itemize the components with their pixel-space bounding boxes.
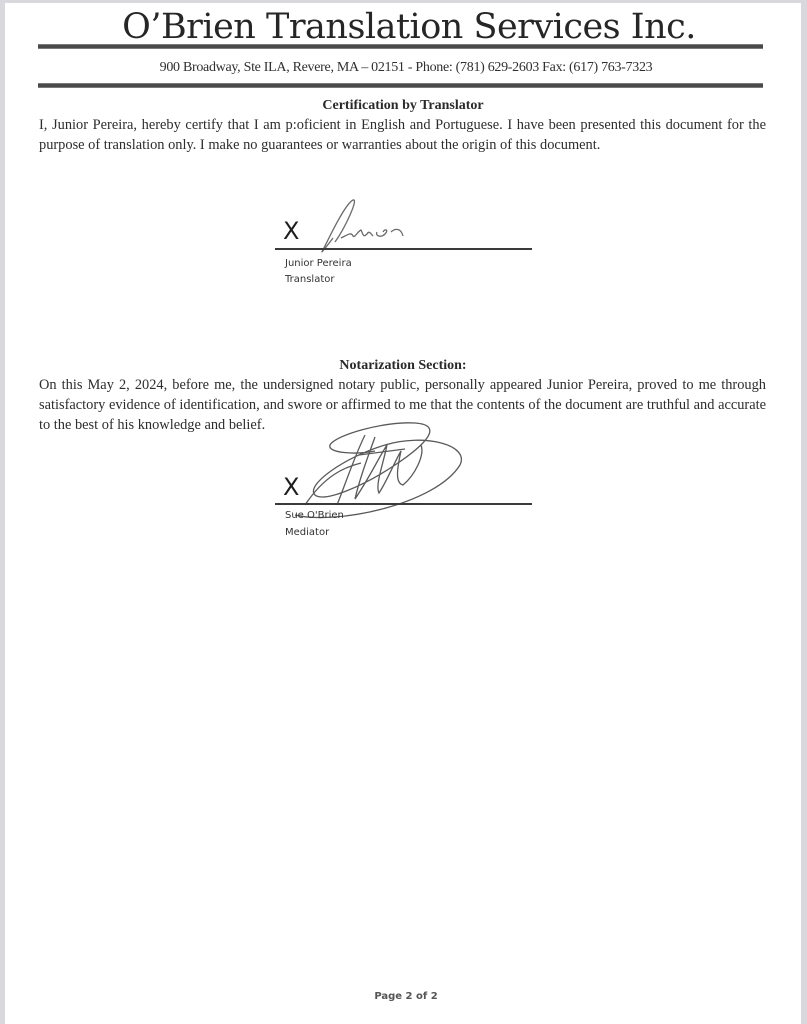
letterhead-rule-top — [38, 44, 763, 49]
translator-title: Translator — [285, 274, 334, 285]
certification-text: I, Junior Pereira, hereby certify that I… — [39, 115, 766, 155]
document-page: O’Brien Translation Services Inc. 900 Br… — [5, 3, 801, 1024]
notarization-heading: Notarization Section: — [5, 358, 801, 374]
signature-line — [275, 248, 532, 250]
certification-heading: Certification by Translator — [5, 98, 801, 114]
signature-mark: X — [283, 217, 299, 245]
translator-name: Junior Pereira — [285, 258, 352, 269]
translator-signature-block: X Junior Pereira Translator — [275, 198, 535, 293]
notary-signature-block: X Sue O'Brien Mediator — [275, 423, 535, 543]
letterhead-rule-bottom — [38, 83, 763, 88]
page-number: Page 2 of 2 — [5, 991, 801, 1002]
notary-title: Mediator — [285, 527, 329, 538]
company-address: 900 Broadway, Ste ILA, Revere, MA – 0215… — [5, 60, 801, 76]
company-name: O’Brien Translation Services Inc. — [5, 7, 801, 47]
document-viewer-frame: O’Brien Translation Services Inc. 900 Br… — [0, 0, 807, 1024]
notary-name: Sue O'Brien — [285, 510, 344, 521]
signature-line — [275, 503, 532, 505]
